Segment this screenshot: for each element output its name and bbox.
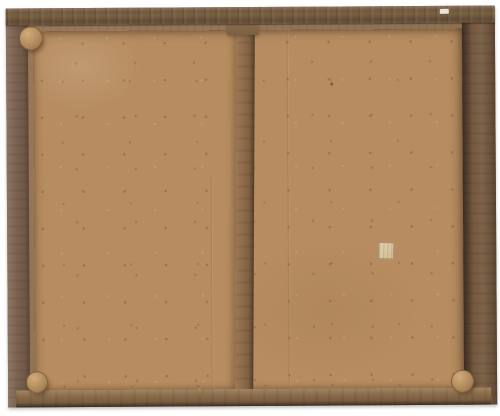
corner-fastener-bottom-right [451,370,474,393]
label-sticker [378,242,394,259]
frame-bottom-rail [16,388,491,408]
frame-left-rail [6,22,30,407]
corner-fastener-bottom-left [26,371,48,393]
frame-top-rail [6,6,495,26]
center-stretcher-bar [235,27,255,392]
backing-panel-left [33,30,238,390]
top-rail-chip [440,9,449,14]
frame-outer [6,6,497,408]
surface-speck [330,82,333,85]
photo-frame-back [0,0,500,416]
corner-fastener-top-left [19,26,43,50]
frame-right-rail [462,20,497,405]
bottom-rail-fastener-bump [196,387,204,394]
